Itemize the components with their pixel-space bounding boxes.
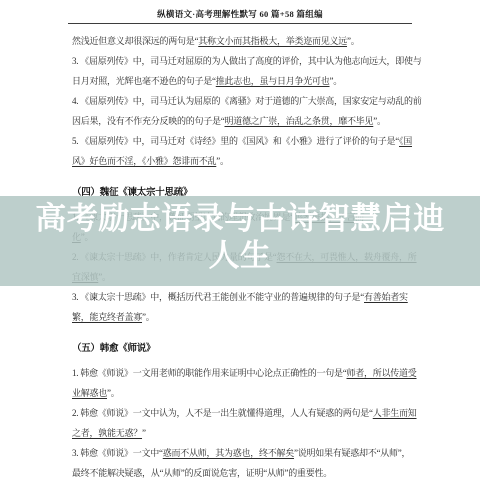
- line-text: 1. 韩愈《师说》一文用老师的职能作用来证明中心论点正确性的一句是“: [72, 368, 347, 378]
- quoted-phrase: 之者，孰能无惑？: [72, 428, 142, 438]
- section-header: （五）韩愈《师说》: [72, 339, 440, 359]
- line-text: （五）韩愈《师说》: [72, 344, 155, 354]
- document-line: 3. 《屈原列传》中，司马迁对屈原的为人做出了高度的评价，其中认为他志向远大，即…: [72, 51, 440, 71]
- line-text: ”。: [142, 312, 155, 322]
- line-text: ”。: [330, 76, 343, 86]
- banner-title-line1: 高考励志语录与古诗智慧启迪: [35, 200, 445, 237]
- quoted-phrase: 明道德之广崇，治乱之条贯，靡不毕见: [225, 116, 374, 126]
- document-line: 业解惑也”。: [72, 383, 440, 403]
- quoted-phrase: 其称文小而其指极大，举类迩而见义远: [198, 36, 347, 46]
- line-text: ”。: [216, 156, 229, 166]
- line-text: 3. 《屈原列传》中，司马迁对屈原的为人做出了高度的评价，其中认为他志向远大，即…: [72, 56, 422, 66]
- document-line: 日月对照，光辉也毫不逊色的句子是“推此志也，虽与日月争光可也”。: [72, 71, 440, 91]
- line-text: 3. 《谏太宗十思疏》中，概括历代君王能创业不能守业的普遍规律的句子是“: [72, 292, 364, 302]
- document-line: 然浅近但意义却很深远的两句是“其称文小而其指极大，举类迩而见义远”。: [72, 31, 440, 51]
- line-text: 因后果，没有不作充分反映的的句子是“: [72, 116, 225, 126]
- document-line: 3. 《谏太宗十思疏》中，概括历代君王能创业不能守业的普遍规律的句子是“有善始者…: [72, 287, 440, 307]
- quoted-phrase: 推此志也，虽与日月争光可也: [216, 76, 330, 86]
- document-line: 5. 《屈原列传》中，司马迁对《诗经》里的《国风》和《小雅》进行了评价的句子是“…: [72, 131, 440, 151]
- line-text: ”。: [347, 36, 360, 46]
- document-line: 4. 《屈原列传》中，司马迁认为屈原的《离骚》对于道德的广大崇高，国家安定与动乱…: [72, 91, 440, 111]
- document-line: 2. 韩愈《师说》一文中认为，人不是一出生就懂得道理，人人有疑惑的两句是“人非生…: [72, 403, 440, 423]
- quoted-phrase: 有善始者实: [364, 292, 408, 302]
- quoted-phrase: 繁，能克终者盖寡: [72, 312, 142, 322]
- document-line: 最终不能解决疑惑，从“从师”的反面说危害，证明“从师”的重要性。: [72, 463, 440, 480]
- quoted-phrase: 《国: [399, 136, 412, 146]
- quoted-phrase: 人非生而知: [373, 408, 417, 418]
- quoted-phrase: 业解惑也: [72, 388, 107, 398]
- document-line: 因后果，没有不作充分反映的的句子是“明道德之广崇，治乱之条贯，靡不毕见”。: [72, 111, 440, 131]
- line-text: 3. 韩愈《师说》一文中“: [72, 448, 163, 458]
- line-text: 2. 韩愈《师说》一文中认为，人不是一出生就懂得道理，人人有疑惑的两句是“: [72, 408, 373, 418]
- header-rule: [68, 23, 412, 24]
- line-text: ”。: [107, 388, 120, 398]
- line-text: 然浅近但意义却很深远的两句是“: [72, 36, 198, 46]
- banner-title-line2: 人生: [209, 237, 272, 274]
- line-text: 4. 《屈原列传》中，司马迁认为屈原的《离骚》对于道德的广大崇高，国家安定与动乱…: [72, 96, 422, 106]
- document-line: 1. 韩愈《师说》一文用老师的职能作用来证明中心论点正确性的一句是“师者，所以传…: [72, 363, 440, 383]
- document-line: 3. 韩愈《师说》一文中“惑而不从师，其为惑也，终不解矣”说明如果有疑惑却不“从…: [72, 443, 440, 463]
- page-header-title: 纵横语文·高考理解性默写 60 篇+58 篇组编: [0, 0, 480, 20]
- document-line: 繁，能克终者盖寡”。: [72, 307, 440, 327]
- line-text: 5. 《屈原列传》中，司马迁对《诗经》里的《国风》和《小雅》进行了评价的句子是“: [72, 136, 399, 146]
- scanned-document-page: 纵横语文·高考理解性默写 60 篇+58 篇组编 然浅近但意义却很深远的两句是“…: [0, 0, 480, 480]
- document-line: 之者，孰能无惑？”: [72, 423, 440, 443]
- quoted-phrase: 风》好色而不淫，《小雅》怨诽而不乱: [72, 156, 216, 166]
- line-text: ”: [142, 428, 146, 438]
- line-text: ”。: [373, 116, 386, 126]
- line-text: ”说明如果有疑惑却不“从师”，: [294, 448, 410, 458]
- document-line: 风》好色而不淫，《小雅》怨诽而不乱”。: [72, 151, 440, 171]
- quoted-phrase: 师者，所以传道受: [347, 368, 417, 378]
- line-text: 日月对照，光辉也毫不逊色的句子是“: [72, 76, 216, 86]
- quoted-phrase: 惑而不从师，其为惑也，终不解矣: [163, 448, 294, 458]
- line-text: 最终不能解决疑惑，从“从师”的反面说危害，证明“从师”的重要性。: [72, 468, 332, 478]
- title-banner-overlay: 高考励志语录与古诗智慧启迪 人生: [0, 196, 480, 286]
